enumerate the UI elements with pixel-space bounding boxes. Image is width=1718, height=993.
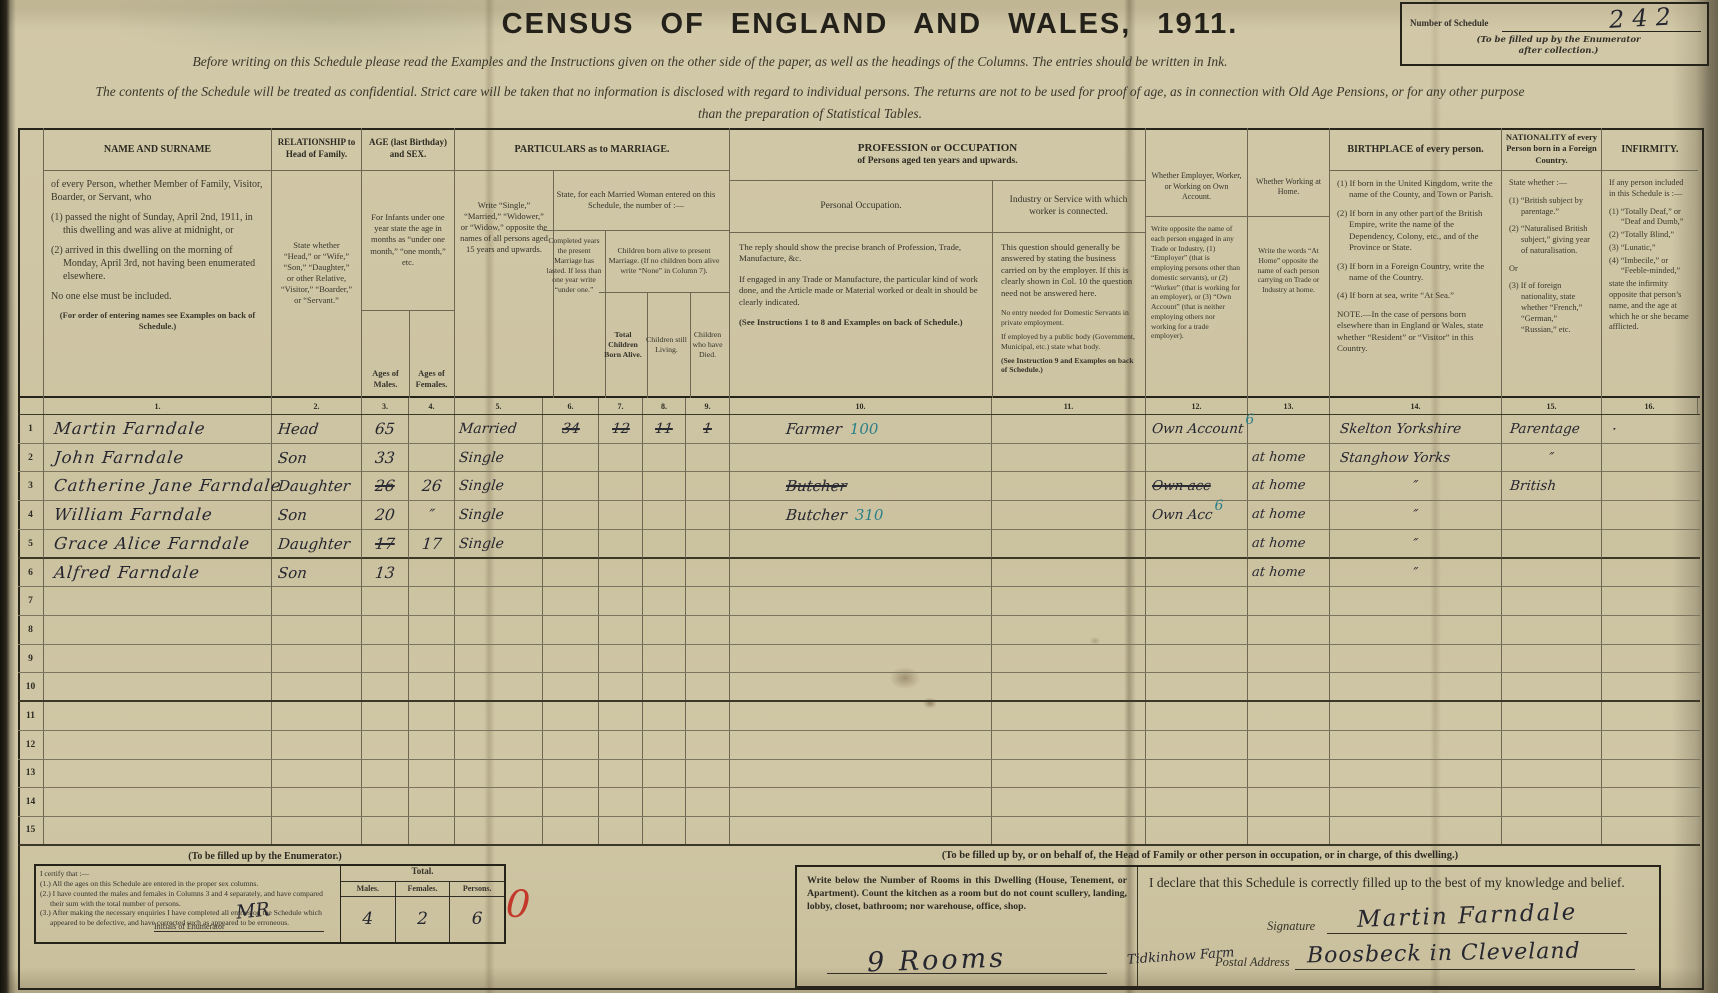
census-schedule-scan: CENSUS OF ENGLAND AND WALES, 1911. Befor… — [0, 0, 1718, 993]
col-header-nationality: NATIONALITY of every Person born in a Fo… — [1502, 128, 1602, 398]
cell-birthplace: Skelton Yorkshire — [1330, 415, 1502, 443]
cell-birthplace — [1330, 645, 1502, 673]
cell-employer-status — [1146, 731, 1248, 759]
cell-name: Alfred Farndale — [44, 559, 272, 587]
cell-marriage-m8 — [643, 530, 686, 558]
cell-nationality — [1502, 760, 1602, 788]
handwritten-entry: William Farndale — [43, 501, 215, 529]
handwritten-entry: ″ — [1329, 472, 1503, 500]
cell-birthplace — [1330, 817, 1502, 844]
row-number: 4 — [18, 501, 44, 529]
cell-relationship: Son — [272, 444, 362, 472]
cell-age-females — [409, 616, 455, 644]
cell-industry — [992, 587, 1146, 615]
cell-nationality: British — [1502, 472, 1602, 500]
enumerator-certification: I certify that :— (1.) All the ages on t… — [40, 869, 336, 928]
census-row-13: 13 — [18, 760, 1700, 789]
column-number-13: 13. — [1248, 398, 1330, 414]
cell-occupation — [730, 788, 992, 816]
schedule-number-underline — [1502, 31, 1701, 32]
address-value: Boosbeck in Cleveland — [1307, 939, 1581, 969]
cell-relationship — [272, 673, 362, 700]
column-number-4: 4. — [409, 398, 455, 414]
cell-marriage-m7 — [599, 702, 643, 730]
cell-employer-status: Own acc — [1146, 472, 1248, 500]
handwritten-entry: Butcher — [729, 472, 849, 500]
cell-age-males — [362, 673, 409, 700]
handwritten-entry: at home — [1247, 472, 1307, 500]
cell-occupation — [730, 444, 992, 472]
cell-age-females — [409, 645, 455, 673]
cell-employer-status — [1146, 616, 1248, 644]
row-number: 6 — [18, 559, 44, 587]
marriage-woman-note: State, for each Married Woman entered on… — [543, 170, 729, 231]
column-number-row-mount: 1.2.3.4.5.6.7.8.9.10.11.12.13.14.15.16. — [18, 398, 1700, 415]
cell-age-females — [409, 702, 455, 730]
signature-underline — [1327, 933, 1627, 934]
name-col-desc: of every Person, whether Member of Famil… — [44, 170, 271, 398]
cell-name: Grace Alice Farndale — [44, 530, 272, 558]
cell-nationality — [1502, 788, 1602, 816]
col-header-employer: Whether Employer, Worker, or Working on … — [1146, 128, 1248, 398]
row-number: 10 — [18, 673, 44, 700]
cell-marriage-m6 — [543, 616, 599, 644]
handwritten-entry: Son — [271, 444, 309, 472]
row-number: 12 — [18, 731, 44, 759]
row-number: 5 — [18, 530, 44, 558]
cell-nationality — [1502, 530, 1602, 558]
enumerator-c2: (2.) I have counted the males and female… — [40, 889, 336, 909]
cell-relationship: Son — [272, 559, 362, 587]
cell-industry — [992, 788, 1146, 816]
cell-age-males: 33 — [362, 444, 409, 472]
cell-marriage-m7 — [599, 616, 643, 644]
column-number-12: 12. — [1146, 398, 1248, 414]
age-females-subhead: Ages of Females. — [409, 310, 454, 398]
column-number-5: 5. — [455, 398, 543, 414]
cell-infirmity — [1602, 702, 1698, 730]
cell-birthplace: ″ — [1330, 559, 1502, 587]
handwritten-entry: Married — [454, 415, 519, 443]
cell-working-at-home — [1248, 817, 1330, 844]
schedule-box-note-line2: after collection.) — [1519, 46, 1599, 56]
schedule-number-value: 242 — [1609, 2, 1680, 34]
cell-industry — [992, 731, 1146, 759]
name-desc-note1: No one else must be included. — [51, 290, 264, 303]
instruction-line-2: The contents of the Schedule will be tre… — [30, 84, 1590, 100]
cell-name — [44, 817, 272, 844]
cell-occupation — [730, 760, 992, 788]
cell-marital-condition: Single — [455, 501, 543, 529]
row-number: 1 — [18, 415, 44, 443]
cell-industry — [992, 616, 1146, 644]
marriage-col-title: PARTICULARS as to MARRIAGE. — [455, 128, 729, 171]
totals-females-label: Females. — [396, 881, 451, 896]
cell-marriage-m9 — [686, 530, 730, 558]
cell-marriage-m6 — [543, 731, 599, 759]
cell-marriage-m6 — [543, 501, 599, 529]
cell-marriage-m7 — [599, 731, 643, 759]
cell-occupation — [730, 702, 992, 730]
cell-industry — [992, 673, 1146, 700]
occupation-code-annotation: 100 — [850, 420, 879, 438]
handwritten-entry: Single — [454, 472, 506, 500]
cell-age-males — [362, 587, 409, 615]
rel-col-title: RELATIONSHIP to Head of Family. — [272, 128, 361, 171]
cell-occupation — [730, 673, 992, 700]
cell-occupation: Farmer100 — [730, 415, 992, 443]
handwritten-entry: 26 — [374, 472, 397, 500]
header-rownum-col — [18, 128, 44, 398]
cell-nationality: Parentage — [1502, 415, 1602, 443]
occupation-desc-p1: The reply should show the precise branch… — [739, 242, 983, 265]
profession-title-block: PROFESSION or OCCUPATION of Persons aged… — [730, 128, 1145, 181]
cell-marital-condition — [455, 817, 543, 844]
census-row-5: 5Grace Alice FarndaleDaughter1717Singlea… — [18, 530, 1700, 559]
enumerator-c1: (1.) All the ages on this Schedule are e… — [40, 879, 336, 889]
column-number-15: 15. — [1502, 398, 1602, 414]
cell-marriage-m7 — [599, 559, 643, 587]
cell-marital-condition — [455, 616, 543, 644]
col-header-relationship: RELATIONSHIP to Head of Family. State wh… — [272, 128, 362, 398]
cell-name: Catherine Jane Farndale — [44, 472, 272, 500]
marriage-col9-subhead: Children who have Died. — [686, 292, 729, 398]
enumerator-initials-value: MR — [235, 898, 271, 923]
handwritten-entry: ″ — [1501, 444, 1603, 472]
cell-age-males: 20 — [362, 501, 409, 529]
cell-marriage-m6 — [543, 673, 599, 700]
handwritten-entry: Catherine Jane Farndale — [43, 472, 283, 500]
cell-marriage-m8 — [643, 817, 686, 844]
column-number-2: 2. — [272, 398, 362, 414]
cell-working-at-home — [1248, 731, 1330, 759]
industry-desc-p3: If employed by a public body (Government… — [1001, 332, 1136, 352]
handwritten-entry: Alfred Farndale — [43, 559, 202, 587]
at-home-desc: Write the words “At Home” opposite the n… — [1248, 216, 1329, 398]
address-underline — [1295, 969, 1635, 970]
enumerator-initials-label: Initials of Enumerator — [154, 922, 225, 931]
col-header-profession: PROFESSION or OCCUPATION of Persons aged… — [730, 128, 1146, 398]
marriage-col7-subhead: Total Children Born Alive. — [599, 292, 648, 398]
totals-persons-value: 6 — [472, 909, 483, 929]
personal-occupation-col: Personal Occupation. The reply should sh… — [730, 180, 993, 398]
column-number-blank — [18, 398, 44, 414]
infirmity-p1: (1) “Totally Deaf,” or “Deaf and Dumb,” — [1609, 207, 1691, 229]
cell-nationality — [1502, 501, 1602, 529]
occupation-desc-p3: (See Instructions 1 to 8 and Examples on… — [739, 317, 983, 328]
cell-infirmity — [1602, 530, 1698, 558]
cell-infirmity — [1602, 444, 1698, 472]
cell-age-females — [409, 415, 455, 443]
rooms-instruction: Write below the Number of Rooms in this … — [807, 875, 1127, 914]
cell-age-males: 17 — [362, 530, 409, 558]
cell-nationality — [1502, 616, 1602, 644]
cell-birthplace — [1330, 760, 1502, 788]
cell-industry — [992, 760, 1146, 788]
handwritten-entry: Own acc — [1145, 472, 1213, 500]
handwritten-entry: 1 — [702, 415, 714, 443]
cell-age-females — [409, 444, 455, 472]
name-col-title: NAME AND SURNAME — [44, 128, 271, 171]
handwritten-entry: · — [1601, 415, 1619, 443]
declaration-text: I declare that this Schedule is correctl… — [1149, 875, 1649, 891]
cell-marriage-m6 — [543, 444, 599, 472]
enumerator-intro: I certify that :— — [40, 869, 336, 879]
cell-infirmity — [1602, 501, 1698, 529]
census-row-8: 8 — [18, 616, 1700, 645]
cell-marriage-m7 — [599, 472, 643, 500]
cell-working-at-home — [1248, 673, 1330, 700]
cell-marriage-m8 — [643, 587, 686, 615]
cell-age-males — [362, 702, 409, 730]
cell-industry — [992, 415, 1146, 443]
column-number-16: 16. — [1602, 398, 1698, 414]
cell-marriage-m8 — [643, 702, 686, 730]
cell-marriage-m9 — [686, 817, 730, 844]
cell-working-at-home: at home — [1248, 501, 1330, 529]
marriage-children-note: Children born alive to present Marriage.… — [599, 230, 729, 293]
cell-marriage-m9 — [686, 702, 730, 730]
handwritten-entry: Farmer — [729, 415, 844, 443]
cell-marriage-m7 — [599, 673, 643, 700]
cell-marriage-m9 — [686, 559, 730, 587]
rooms-value: 9 Rooms — [867, 943, 1007, 979]
name-desc-p2: (2) arrived in this dwelling on the morn… — [51, 244, 264, 283]
handwritten-entry: Single — [454, 444, 506, 472]
totals-persons-label: Persons. — [450, 881, 504, 896]
cell-infirmity — [1602, 645, 1698, 673]
cell-industry — [992, 444, 1146, 472]
cell-employer-status — [1146, 760, 1248, 788]
cell-occupation — [730, 530, 992, 558]
cell-birthplace — [1330, 673, 1502, 700]
row-number: 15 — [18, 817, 44, 844]
cell-employer-status: Own Acc6 — [1146, 501, 1248, 529]
handwritten-entry: 17 — [420, 530, 443, 558]
cell-working-at-home: at home — [1248, 559, 1330, 587]
cell-name — [44, 702, 272, 730]
cell-age-males — [362, 788, 409, 816]
cell-marriage-m7 — [599, 587, 643, 615]
cell-age-males: 13 — [362, 559, 409, 587]
cell-occupation — [730, 645, 992, 673]
cell-marriage-m9 — [686, 587, 730, 615]
infirmity-p0: If any person included in this Schedule … — [1609, 178, 1691, 200]
handwritten-entry: British — [1501, 472, 1558, 500]
profession-subtitle: of Persons aged ten years and upwards. — [857, 155, 1017, 167]
cell-marriage-m9 — [686, 788, 730, 816]
cell-marriage-m7 — [599, 788, 643, 816]
cell-occupation — [730, 817, 992, 844]
industry-desc-p4: (See Instruction 9 and Examples on back … — [1001, 356, 1136, 376]
employer-subhead: Whether Employer, Worker, or Working on … — [1146, 158, 1247, 217]
cell-marriage-m8 — [643, 788, 686, 816]
cell-infirmity — [1602, 559, 1698, 587]
cell-marriage-m9 — [686, 760, 730, 788]
cell-infirmity — [1602, 817, 1698, 844]
cell-marital-condition — [455, 673, 543, 700]
cell-relationship — [272, 760, 362, 788]
cell-occupation — [730, 731, 992, 759]
cell-employer-status — [1146, 645, 1248, 673]
cell-industry — [992, 559, 1146, 587]
at-home-subhead: Whether Working at Home. — [1248, 158, 1329, 217]
cell-age-males — [362, 760, 409, 788]
handwritten-entry: Own Acc — [1145, 501, 1214, 529]
cell-working-at-home — [1248, 587, 1330, 615]
nationality-p0: State whether :— — [1509, 178, 1594, 189]
nationality-p4: (3) If of foreign nationality, state whe… — [1509, 281, 1594, 335]
census-row-10: 10 — [18, 673, 1700, 702]
cell-name: John Farndale — [44, 444, 272, 472]
cell-marital-condition: Single — [455, 444, 543, 472]
row-number: 7 — [18, 587, 44, 615]
cell-marriage-m8 — [643, 760, 686, 788]
cell-nationality — [1502, 702, 1602, 730]
cell-relationship — [272, 702, 362, 730]
column-number-14: 14. — [1330, 398, 1502, 414]
cell-marriage-m9 — [686, 645, 730, 673]
row-number: 8 — [18, 616, 44, 644]
handwritten-entry: Daughter — [271, 472, 352, 500]
age-males-subhead: Ages of Males. — [362, 310, 410, 398]
birthplace-p1: (1) If born in the United Kingdom, write… — [1337, 178, 1494, 201]
cell-employer-status — [1146, 530, 1248, 558]
cell-age-males: 65 — [362, 415, 409, 443]
handwritten-entry: 11 — [654, 415, 675, 443]
cell-working-at-home — [1248, 788, 1330, 816]
cell-occupation: Butcher — [730, 472, 992, 500]
cell-marital-condition — [455, 559, 543, 587]
name-desc-p1: (1) passed the night of Sunday, April 2n… — [51, 211, 264, 237]
column-number-3: 3. — [362, 398, 409, 414]
cell-marriage-m9 — [686, 673, 730, 700]
cell-name: William Farndale — [44, 501, 272, 529]
infirmity-col-title: INFIRMITY. — [1602, 128, 1698, 171]
cell-birthplace: ″ — [1330, 472, 1502, 500]
column-number-10: 10. — [730, 398, 992, 414]
cell-infirmity — [1602, 472, 1698, 500]
census-row-3: 3Catherine Jane FarndaleDaughter2626Sing… — [18, 472, 1700, 501]
schedule-box-note: (To be filled up by the Enumerator after… — [1410, 35, 1707, 56]
cell-marriage-m7 — [599, 530, 643, 558]
cell-name — [44, 645, 272, 673]
marriage-col8-subhead: Children still Living. — [643, 292, 691, 398]
cell-age-females — [409, 760, 455, 788]
cell-marriage-m9 — [686, 616, 730, 644]
cell-working-at-home: at home — [1248, 530, 1330, 558]
cell-industry — [992, 702, 1146, 730]
handwritten-entry: 17 — [374, 530, 397, 558]
cell-working-at-home — [1248, 415, 1330, 443]
rel-col-desc: State whether “Head,” or “Wife,” “Son,” … — [272, 170, 361, 398]
cell-occupation — [730, 587, 992, 615]
census-row-1: 1Martin FarndaleHead65Married3412111Farm… — [18, 415, 1700, 444]
cell-age-males — [362, 645, 409, 673]
handwritten-entry: 12 — [610, 415, 631, 443]
marriage-col5-desc: Write “Single,” “Married,” “Widower,” or… — [455, 170, 554, 398]
nationality-col-title: NATIONALITY of every Person born in a Fo… — [1502, 128, 1601, 171]
col-header-infirmity: INFIRMITY. If any person included in thi… — [1602, 128, 1698, 398]
cell-marriage-m6: 34 — [543, 415, 599, 443]
signature-label: Signature — [1267, 919, 1315, 934]
column-number-7: 7. — [599, 398, 643, 414]
occupation-desc-p2: If engaged in any Trade or Manufacture, … — [739, 274, 983, 308]
cell-marital-condition — [455, 760, 543, 788]
birthplace-note: NOTE.—In the case of persons born elsewh… — [1337, 309, 1494, 355]
cell-marriage-m6 — [543, 472, 599, 500]
cell-age-females — [409, 817, 455, 844]
col-header-marriage: PARTICULARS as to MARRIAGE. Write “Singl… — [455, 128, 730, 398]
row-number: 9 — [18, 645, 44, 673]
cell-relationship — [272, 731, 362, 759]
census-row-2: 2John FarndaleSon33Singleat homeStanghow… — [18, 444, 1700, 473]
birthplace-p4: (4) If born at sea, write “At Sea.” — [1337, 290, 1494, 301]
row-number: 14 — [18, 788, 44, 816]
cell-age-females: ″ — [409, 501, 455, 529]
census-row-7: 7 — [18, 587, 1700, 616]
employer-desc: Write opposite the name of each person e… — [1146, 216, 1247, 398]
cell-age-females — [409, 731, 455, 759]
cell-relationship — [272, 587, 362, 615]
cell-industry — [992, 501, 1146, 529]
cell-age-males — [362, 616, 409, 644]
cell-infirmity — [1602, 616, 1698, 644]
totals-label-row: Males. Females. Persons. — [341, 881, 504, 897]
infirmity-p4: (4) “Imbecile,” or “Feeble-minded,” — [1609, 256, 1691, 278]
cell-marriage-m7 — [599, 817, 643, 844]
cell-marital-condition — [455, 645, 543, 673]
col-header-birthplace: BIRTHPLACE of every person. (1) If born … — [1330, 128, 1502, 398]
cell-relationship: Daughter — [272, 472, 362, 500]
cell-name — [44, 616, 272, 644]
cell-relationship: Head — [272, 415, 362, 443]
householder-box: Write below the Number of Rooms in this … — [795, 865, 1661, 988]
cell-marriage-m9 — [686, 444, 730, 472]
profession-title: PROFESSION or OCCUPATION — [858, 141, 1018, 155]
handwritten-entry: 20 — [374, 501, 397, 529]
cell-name: Martin Farndale — [44, 415, 272, 443]
cell-relationship — [272, 645, 362, 673]
cell-marriage-m9 — [686, 472, 730, 500]
cell-age-females — [409, 788, 455, 816]
cell-age-females — [409, 673, 455, 700]
cell-age-females: 17 — [409, 530, 455, 558]
cell-marriage-m8 — [643, 645, 686, 673]
cell-marriage-m8: 11 — [643, 415, 686, 443]
cell-relationship — [272, 817, 362, 844]
cell-nationality: ″ — [1502, 444, 1602, 472]
cell-relationship: Son — [272, 501, 362, 529]
occupation-subhead: Personal Occupation. — [730, 180, 992, 233]
handwritten-entry: Own Account — [1145, 415, 1245, 443]
handwritten-entry: Stanghow Yorks — [1329, 444, 1452, 472]
cell-marriage-m6 — [543, 587, 599, 615]
cell-working-at-home — [1248, 760, 1330, 788]
age-infants-note: For Infants under one year state the age… — [362, 170, 454, 311]
nationality-p2: (2) “Naturalised British subject,” givin… — [1509, 224, 1594, 256]
instruction-line-1: Before writing on this Schedule please r… — [60, 54, 1360, 70]
schedule-number-box: Number of Schedule 242 (To be filled up … — [1400, 2, 1709, 66]
handwritten-entry: ″ — [1329, 501, 1503, 529]
cell-birthplace — [1330, 788, 1502, 816]
cell-birthplace — [1330, 731, 1502, 759]
census-row-6: 6Alfred FarndaleSon13at home″ — [18, 559, 1700, 588]
marriage-col6-desc: Completed years the present Marriage has… — [543, 230, 606, 398]
nationality-p3: Or — [1509, 264, 1594, 275]
cell-name — [44, 673, 272, 700]
cell-nationality — [1502, 673, 1602, 700]
